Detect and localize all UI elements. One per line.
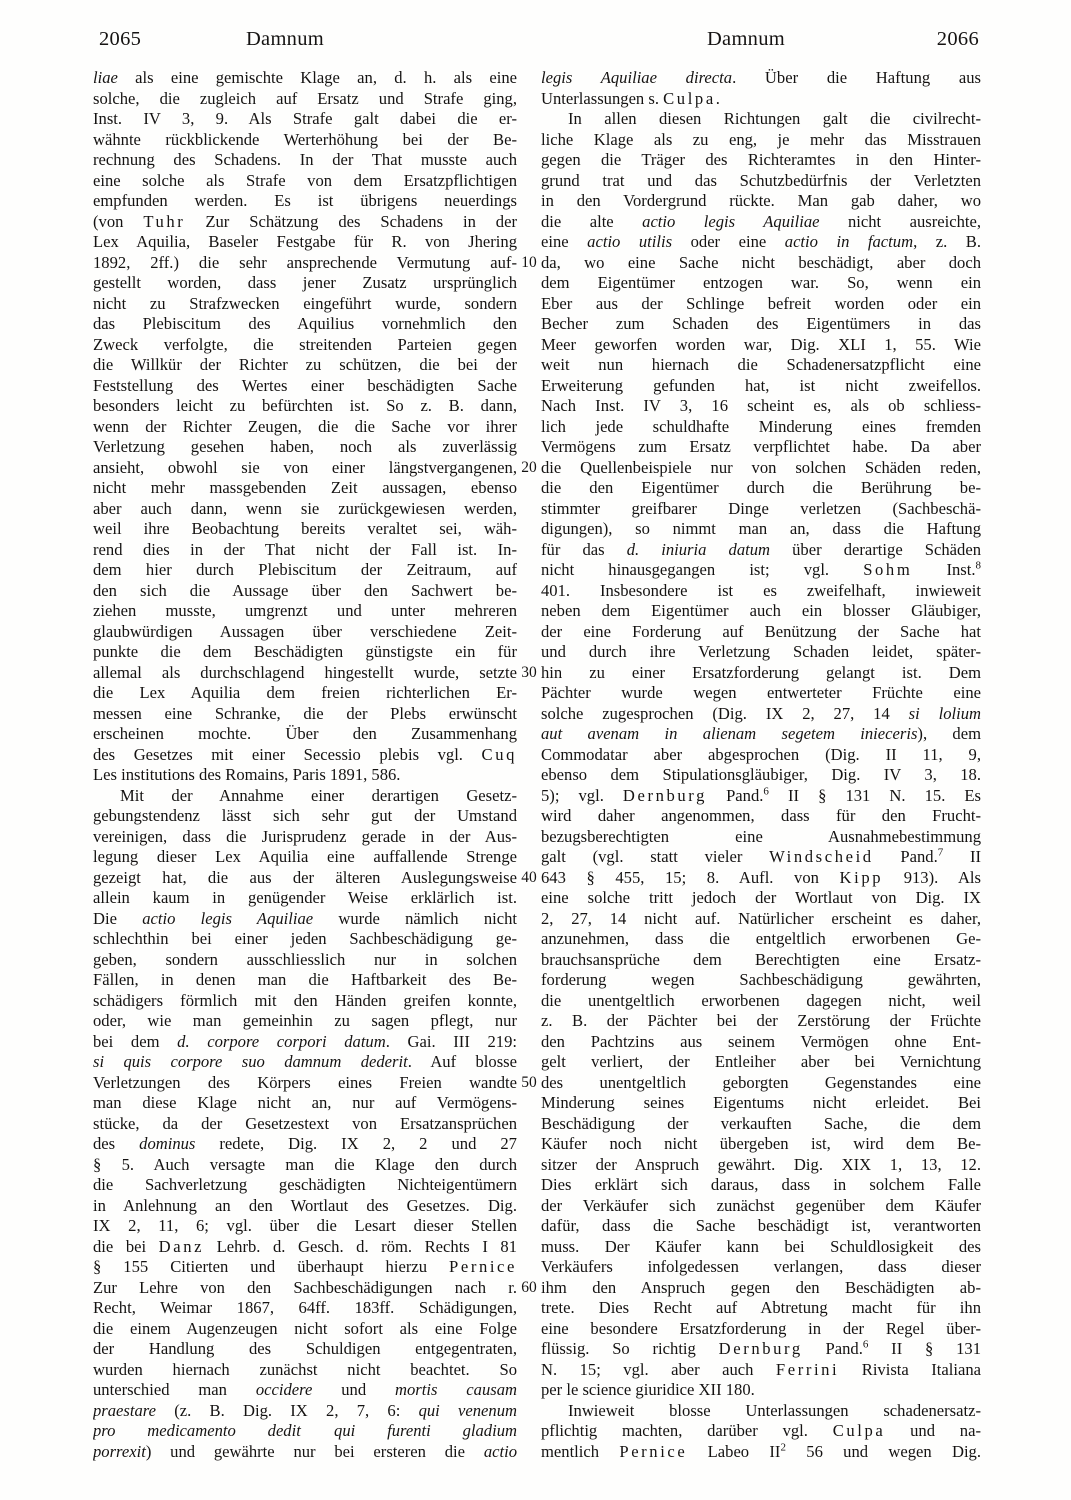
text-line: messen eine Schranke, die der Plebs erwü… bbox=[93, 704, 517, 725]
text-segment: 5); vgl. bbox=[541, 786, 623, 805]
text-segment: wird daher angenommen, dass für den Fruc… bbox=[541, 806, 981, 825]
text-segment: schlechthin bei einer jeden Sachbeschädi… bbox=[93, 929, 517, 948]
text-line: den Pachtzins aus seinem Vermögen ohne E… bbox=[541, 1032, 981, 1053]
text-segment: Becher zum Schaden des Eigentümers in da… bbox=[541, 314, 981, 333]
text-segment: dafür, dass die Sache beschädigt ist, ve… bbox=[541, 1216, 981, 1235]
text-line: Verletzung gesehen haben, noch als zuver… bbox=[93, 437, 517, 458]
text-line: Inwieweit blosse Unterlassungen schadene… bbox=[541, 1401, 981, 1422]
text-line: des unentgeltlich geborgten Gegenstandes… bbox=[541, 1073, 981, 1094]
text-segment: Erweiterung gefunden hat, ist nicht zwei… bbox=[541, 376, 981, 395]
text-segment: nicht zu Strafzwecken eingeführt wurde, … bbox=[93, 294, 517, 313]
italic-text: si quis corpore suo damnum dederit bbox=[93, 1052, 408, 1071]
text-line: lich jede schuldhafte Minderung eines fr… bbox=[541, 417, 981, 438]
text-line: Les institutions des Romains, Paris 1891… bbox=[93, 765, 517, 786]
text-line: hin zu einer Ersatzforderung gelangt ist… bbox=[541, 663, 981, 684]
text-segment: besonders leicht zu befürchten ist. So z… bbox=[93, 396, 517, 415]
text-line: Feststellung des Wertes einer beschädigt… bbox=[93, 376, 517, 397]
line-number-gutter: 102030405060 bbox=[517, 68, 541, 1462]
text-line: legis Aquiliae directa. Über die Haftung… bbox=[541, 68, 981, 89]
text-segment: Feststellung des Wertes einer beschädigt… bbox=[93, 376, 517, 395]
text-line: 5); vgl. Dernburg Pand.6 II § 131 N. 15.… bbox=[541, 786, 981, 807]
text-segment: weit nun hiernach die Schadenersatzpflic… bbox=[541, 355, 981, 374]
text-segment: rechnung des Schadens. In der That musst… bbox=[93, 150, 517, 169]
text-line: glaubwürdigen Aussagen über verschiedene… bbox=[93, 622, 517, 643]
text-line: ziehen musste, umgrenzt und unter mehrer… bbox=[93, 601, 517, 622]
text-line: Käufer noch nicht übergeben ist, wird de… bbox=[541, 1134, 981, 1155]
text-line: ansieht, obwohl sie von einer längstverg… bbox=[93, 458, 517, 479]
text-line: und durch ihre Verletzung Schaden leidet… bbox=[541, 642, 981, 663]
text-segment: nicht mehr massgebenden Zeit aussagen, e… bbox=[93, 478, 517, 497]
text-segment: der Handlung des Schuldigen entgegentrat… bbox=[93, 1339, 517, 1358]
text-line: den sich die Aussage über den Sachwert b… bbox=[93, 581, 517, 602]
text-line: die Willkür der Richter zu schützen, die… bbox=[93, 355, 517, 376]
text-segment: Zur Schätzung des Schadens in der bbox=[185, 212, 517, 231]
text-segment: die einem Augenzeugen nicht sofort als e… bbox=[93, 1319, 517, 1338]
spaced-name: Culpa bbox=[663, 89, 716, 108]
text-line: rend dies in der That nicht der Fall ist… bbox=[93, 540, 517, 561]
header-gutter bbox=[517, 28, 541, 64]
gutter-line-number: 40 bbox=[517, 868, 541, 889]
text-line: si quis corpore suo damnum dederit. Auf … bbox=[93, 1052, 517, 1073]
text-line: aut avenam in alienam segetem inieceris)… bbox=[541, 724, 981, 745]
text-line: dem Eigentümer entzogen war. So, wenn ei… bbox=[541, 273, 981, 294]
right-text-column: legis Aquiliae directa. Über die Haftung… bbox=[541, 68, 981, 1462]
text-line: pflichtig machten, darüber vgl. Culpa un… bbox=[541, 1421, 981, 1442]
italic-text: liae bbox=[93, 68, 118, 87]
text-line: wurden hiernach zunächst nicht beachtet.… bbox=[93, 1360, 517, 1381]
text-segment: Labeo II bbox=[687, 1442, 780, 1461]
text-line: neben dem Eigentümer auch ein blosser Gl… bbox=[541, 601, 981, 622]
text-line: liae als eine gemischte Klage an, d. h. … bbox=[93, 68, 517, 89]
text-segment: Käufer noch nicht übergeben ist, wird de… bbox=[541, 1134, 981, 1153]
text-line: stimmter greifbarer Dinge verletzen (Sac… bbox=[541, 499, 981, 520]
text-body: liae als eine gemischte Klage an, d. h. … bbox=[93, 68, 989, 1462]
text-line: in Anlehnung an den Wortlaut des Gesetze… bbox=[93, 1196, 517, 1217]
text-segment: glaubwürdigen Aussagen über verschiedene… bbox=[93, 622, 517, 641]
text-segment: , z. B. bbox=[913, 232, 981, 251]
text-segment: . Über die Haftung aus bbox=[732, 68, 981, 87]
text-segment: Eber aus der Schlinge befreit worden ode… bbox=[541, 294, 981, 313]
italic-text: pro medicamento dedit bbox=[93, 1421, 301, 1440]
text-line: Becher zum Schaden des Eigentümers in da… bbox=[541, 314, 981, 335]
text-line: eine solche tritt jedoch der Wortlaut vo… bbox=[541, 888, 981, 909]
text-segment: ), dem bbox=[917, 724, 981, 743]
spaced-name: Windscheid bbox=[769, 847, 874, 866]
text-segment: empfunden werden. Es ist übrigens neuerd… bbox=[93, 191, 517, 210]
text-segment: in den Vordergrund rückte. Man gab daher… bbox=[541, 191, 981, 210]
text-line: liche Klage als zu eng, je mehr das Miss… bbox=[541, 130, 981, 151]
text-line: brauchsansprüche dem Berechtigten eine E… bbox=[541, 950, 981, 971]
italic-text: d. iniuria datum bbox=[627, 540, 770, 559]
text-line: gestellt worden, dass jener Zusatz urspr… bbox=[93, 273, 517, 294]
text-segment: 401. Insbesondere ist es zweifelhaft, in… bbox=[541, 581, 981, 600]
text-line: besonders leicht zu befürchten ist. So z… bbox=[93, 396, 517, 417]
text-line: Nach Inst. IV 3, 16 scheint es, als ob s… bbox=[541, 396, 981, 417]
text-segment: punkte die dem Beschädigten günstigste e… bbox=[93, 642, 517, 661]
text-line: die bei Danz Lehrb. d. Gesch. d. röm. Re… bbox=[93, 1237, 517, 1258]
text-segment: und durch ihre Verletzung Schaden leidet… bbox=[541, 642, 981, 661]
text-line: Eber aus der Schlinge befreit worden ode… bbox=[541, 294, 981, 315]
text-line: per le science giuridice XII 180. bbox=[541, 1380, 981, 1401]
italic-text: praestare bbox=[93, 1401, 156, 1420]
text-segment: ) und gewährte nur bei ersteren die bbox=[146, 1442, 484, 1461]
text-segment: die Sachverletzung geschädigten Nichteig… bbox=[93, 1175, 517, 1194]
text-segment: Zur Lehre von den Sachbeschädigungen nac… bbox=[93, 1278, 517, 1297]
text-line: In allen diesen Richtungen galt die civi… bbox=[541, 109, 981, 130]
text-line: anzunehmen, dass die entgeltlich erworbe… bbox=[541, 929, 981, 950]
text-segment: stücke, da der Gesetzestext von Ersatzan… bbox=[93, 1114, 517, 1133]
italic-text: actio legis Aquiliae bbox=[642, 212, 819, 231]
text-segment: weil ihre Beobachtung bereits veraltet s… bbox=[93, 519, 517, 538]
gutter-line-number: 50 bbox=[517, 1073, 541, 1094]
text-line: des Gesetzes mit einer Secessio plebis v… bbox=[93, 745, 517, 766]
text-segment: und bbox=[312, 1380, 395, 1399]
text-segment: Verletzung gesehen haben, noch als zuver… bbox=[93, 437, 517, 456]
text-segment: die alte bbox=[541, 212, 642, 231]
text-segment: oder eine bbox=[672, 232, 785, 251]
text-line: Minderung seines Eigentums nicht erleide… bbox=[541, 1093, 981, 1114]
gutter-line-number: 10 bbox=[517, 253, 541, 274]
text-line: Verkäufers infolgedessen verlangen, dass… bbox=[541, 1257, 981, 1278]
text-line: Mit der Annahme einer derartigen Gesetz- bbox=[93, 786, 517, 807]
text-segment: wähnte rückblickende Werterhöhung bei de… bbox=[93, 130, 517, 149]
text-segment: N. 15; vgl. aber auch bbox=[541, 1360, 776, 1379]
text-line: z. B. der Pächter bei der Zerstörung der… bbox=[541, 1011, 981, 1032]
text-segment: . bbox=[716, 89, 720, 108]
text-line: der eine Forderung auf Benützung der Sac… bbox=[541, 622, 981, 643]
text-line: stücke, da der Gesetzestext von Ersatzan… bbox=[93, 1114, 517, 1135]
text-segment: unterschied man bbox=[93, 1380, 256, 1399]
text-line: eine actio utilis oder eine actio in fac… bbox=[541, 232, 981, 253]
text-line: wähnte rückblickende Werterhöhung bei de… bbox=[93, 130, 517, 151]
text-line: schlechthin bei einer jeden Sachbeschädi… bbox=[93, 929, 517, 950]
text-segment: § 5. Auch versagte man die Klage den dur… bbox=[93, 1155, 517, 1174]
text-line: Lex Aquilia, Baseler Festgabe für R. von… bbox=[93, 232, 517, 253]
text-line: mentlich Pernice Labeo II2 56 und wegen … bbox=[541, 1442, 981, 1463]
spaced-name: Tuhr bbox=[143, 212, 185, 231]
text-segment: Zweck verfolgte, die streitenden Parteie… bbox=[93, 335, 517, 354]
text-segment: Fällen, in denen man die Haftbarkeit des… bbox=[93, 970, 517, 989]
text-segment: forderung wegen Sachbeschädigung gewährt… bbox=[541, 970, 981, 989]
text-line: 1892, 2ff.) die sehr ansprechende Vermut… bbox=[93, 253, 517, 274]
italic-text: actio bbox=[484, 1442, 517, 1461]
text-segment: gelt verliert, der Entleiher aber bei Ve… bbox=[541, 1052, 981, 1071]
text-segment: Lehrb. d. Gesch. d. röm. Rechts I 81 bbox=[204, 1237, 517, 1256]
text-segment: bei dem bbox=[93, 1032, 177, 1051]
text-segment: in Anlehnung an den Wortlaut des Gesetze… bbox=[93, 1196, 517, 1215]
text-segment: die Quellenbeispiele nur von solchen Sch… bbox=[541, 458, 981, 477]
text-segment: dem hier durch Plebiscitum der Zeitraum,… bbox=[93, 560, 517, 579]
text-segment: (von bbox=[93, 212, 143, 231]
text-segment: man diese Klage nicht an, nur auf Vermög… bbox=[93, 1093, 517, 1112]
text-segment: In allen diesen Richtungen galt die civi… bbox=[568, 109, 981, 128]
text-line: die Sachverletzung geschädigten Nichteig… bbox=[93, 1175, 517, 1196]
text-segment: ihm den Anspruch gegen den Beschädigten … bbox=[541, 1278, 981, 1297]
spaced-name: Dernburg bbox=[623, 786, 707, 805]
text-segment: Les institutions des Romains, Paris 1891… bbox=[93, 765, 400, 784]
text-segment: 2, 27, 14 nicht auf. Natürlicher erschei… bbox=[541, 909, 981, 928]
text-segment: solche, die zugleich auf Ersatz und Stra… bbox=[93, 89, 517, 108]
text-segment: IX 2, 11, 6; vgl. über die Lesart dieser… bbox=[93, 1216, 517, 1235]
text-segment: anzunehmen, dass die entgeltlich erworbe… bbox=[541, 929, 981, 948]
text-line: die einem Augenzeugen nicht sofort als e… bbox=[93, 1319, 517, 1340]
text-segment: 913). Als bbox=[883, 868, 981, 887]
text-line: man diese Klage nicht an, nur auf Vermög… bbox=[93, 1093, 517, 1114]
text-line: wird daher angenommen, dass für den Fruc… bbox=[541, 806, 981, 827]
text-line: weil ihre Beobachtung bereits veraltet s… bbox=[93, 519, 517, 540]
header-left-half: 2065 Damnum bbox=[93, 28, 517, 64]
text-segment: eine bbox=[541, 232, 587, 251]
text-line: Zur Lehre von den Sachbeschädigungen nac… bbox=[93, 1278, 517, 1299]
text-segment: mentlich bbox=[541, 1442, 619, 1461]
text-segment: rend dies in der That nicht der Fall ist… bbox=[93, 540, 517, 559]
text-line: nicht hinausgegangen ist; vgl. Sohm Inst… bbox=[541, 560, 981, 581]
italic-text: actio legis Aquiliae bbox=[142, 909, 313, 928]
italic-text: occidere bbox=[256, 1380, 313, 1399]
text-line: Verletzungen des Körpers eines Freien wa… bbox=[93, 1073, 517, 1094]
italic-text: actio in factum bbox=[785, 232, 913, 251]
text-line: die Lex Aquilia dem freien richterlichen… bbox=[93, 683, 517, 704]
text-segment: pflichtig machten, darüber vgl. bbox=[541, 1421, 833, 1440]
page-number-right: 2066 bbox=[937, 28, 979, 51]
text-segment: allemal als durchschlagend hingestellt w… bbox=[93, 663, 517, 682]
text-segment: wenn der Richter Zeugen, die die Sache v… bbox=[93, 417, 517, 436]
text-line: Inst. IV 3, 9. Als Strafe galt dabei die… bbox=[93, 109, 517, 130]
text-line: Vermögens zum Ersatz verpflichtet habe. … bbox=[541, 437, 981, 458]
italic-text: dominus bbox=[139, 1134, 195, 1153]
text-segment: per le science giuridice XII 180. bbox=[541, 1380, 755, 1399]
text-line: geben, sondern ausschliesslich nur in so… bbox=[93, 950, 517, 971]
scanned-encyclopedia-page: 2065 Damnum Damnum 2066 liae als eine ge… bbox=[0, 0, 1071, 1500]
text-line: Zweck verfolgte, die streitenden Parteie… bbox=[93, 335, 517, 356]
text-line: 2, 27, 14 nicht auf. Natürlicher erschei… bbox=[541, 909, 981, 930]
text-line: gelt verliert, der Entleiher aber bei Ve… bbox=[541, 1052, 981, 1073]
text-line: Unterlassungen s. Culpa. bbox=[541, 89, 981, 110]
text-segment: gebungstendenz lässt sich sehr gut der U… bbox=[93, 806, 517, 825]
text-segment: sitzer der Anspruch gewährt. Dig. XIX 1,… bbox=[541, 1155, 981, 1174]
text-line: § 5. Auch versagte man die Klage den dur… bbox=[93, 1155, 517, 1176]
text-segment: II bbox=[943, 847, 981, 866]
text-segment: Commodatar aber abgesprochen (Dig. II 11… bbox=[541, 745, 981, 764]
text-segment: Minderung seines Eigentums nicht erleide… bbox=[541, 1093, 981, 1112]
text-line: punkte die dem Beschädigten günstigste e… bbox=[93, 642, 517, 663]
text-segment: geben, sondern ausschliesslich nur in so… bbox=[93, 950, 517, 969]
column-title-right: Damnum bbox=[641, 28, 851, 51]
text-segment: des unentgeltlich geborgten Gegenstandes… bbox=[541, 1073, 981, 1092]
text-segment: stimmter greifbarer Dinge verletzen (Sac… bbox=[541, 499, 981, 518]
text-line: nicht mehr massgebenden Zeit aussagen, e… bbox=[93, 478, 517, 499]
spaced-name: Ferrini bbox=[776, 1360, 839, 1379]
text-line: dafür, dass die Sache beschädigt ist, ve… bbox=[541, 1216, 981, 1237]
text-segment: solche zugesprochen (Dig. IX 2, 27, 14 bbox=[541, 704, 909, 723]
text-segment: Pand. bbox=[707, 786, 763, 805]
text-segment: trete. Dies Recht auf Abtretung macht fü… bbox=[541, 1298, 981, 1317]
text-line: (von Tuhr Zur Schätzung des Schadens in … bbox=[93, 212, 517, 233]
text-segment: Inst. IV 3, 9. Als Strafe galt dabei die… bbox=[93, 109, 517, 128]
text-segment: Die bbox=[93, 909, 142, 928]
spaced-name: Culpa bbox=[833, 1421, 886, 1440]
text-segment: (z. B. Dig. IX 2, 7, 6: bbox=[156, 1401, 419, 1420]
text-line: sitzer der Anspruch gewährt. Dig. XIX 1,… bbox=[541, 1155, 981, 1176]
spaced-name: Cuq bbox=[482, 745, 517, 764]
text-segment: Mit der Annahme einer derartigen Gesetz- bbox=[120, 786, 517, 805]
text-segment: gestellt worden, dass jener Zusatz urspr… bbox=[93, 273, 517, 292]
text-line: porrexit) und gewährte nur bei ersteren … bbox=[93, 1442, 517, 1463]
text-segment: neben dem Eigentümer auch ein blosser Gl… bbox=[541, 601, 981, 620]
text-segment: Pand. bbox=[803, 1339, 863, 1358]
text-line: erscheinen mochte. Über den Zusammenhang bbox=[93, 724, 517, 745]
text-line: ihm den Anspruch gegen den Beschädigten … bbox=[541, 1278, 981, 1299]
text-segment: die bei bbox=[93, 1237, 159, 1256]
gutter-line-number: 30 bbox=[517, 663, 541, 684]
text-segment: hin zu einer Ersatzforderung gelangt ist… bbox=[541, 663, 981, 682]
text-segment: muss. Der Käufer kann bei Schuldlosigkei… bbox=[541, 1237, 981, 1256]
text-line: digungen), so nimmt man an, dass die Haf… bbox=[541, 519, 981, 540]
text-line: die den Eigentümer durch die Berührung b… bbox=[541, 478, 981, 499]
text-segment: aber auch dann, wenn sie zurückgewiesen … bbox=[93, 499, 517, 518]
text-line: Fällen, in denen man die Haftbarkeit des… bbox=[93, 970, 517, 991]
text-segment: nicht ausreichte, bbox=[820, 212, 982, 231]
text-line: 401. Insbesondere ist es zweifelhaft, in… bbox=[541, 581, 981, 602]
italic-text: legis Aquiliae directa bbox=[541, 68, 732, 87]
text-segment: der eine Forderung auf Benützung der Sac… bbox=[541, 622, 981, 641]
text-line: bei dem d. corpore corpori datum. Gai. I… bbox=[93, 1032, 517, 1053]
text-segment: lich jede schuldhafte Minderung eines fr… bbox=[541, 417, 981, 436]
text-line: IX 2, 11, 6; vgl. über die Lesart dieser… bbox=[93, 1216, 517, 1237]
text-line: Erweiterung gefunden hat, ist nicht zwei… bbox=[541, 376, 981, 397]
text-segment: II § 131 N. 15. Es bbox=[769, 786, 981, 805]
text-line: eine solche als Strafe von dem Ersatzpfl… bbox=[93, 171, 517, 192]
text-segment: Meer geworfen worden war, Dig. XLI 1, 55… bbox=[541, 335, 981, 354]
italic-text: qui venenum bbox=[419, 1401, 517, 1420]
text-line: muss. Der Käufer kann bei Schuldlosigkei… bbox=[541, 1237, 981, 1258]
text-segment: wurde nämlich nicht bbox=[313, 909, 517, 928]
text-segment: Inst. bbox=[912, 560, 975, 579]
text-segment: Pand. bbox=[874, 847, 938, 866]
text-segment: II § 131 bbox=[868, 1339, 981, 1358]
text-line: wenn der Richter Zeugen, die die Sache v… bbox=[93, 417, 517, 438]
text-segment: oder, wie man gemeinhin zu sagen pflegt,… bbox=[93, 1011, 517, 1030]
text-segment: Recht, Weimar 1867, 64ff. 183ff. Schädig… bbox=[93, 1298, 517, 1317]
text-segment: wurden hiernach zunächst nicht beachtet.… bbox=[93, 1360, 517, 1379]
page-header: 2065 Damnum Damnum 2066 bbox=[93, 28, 989, 64]
text-segment: 1892, 2ff.) die sehr ansprechende Vermut… bbox=[93, 253, 517, 272]
text-line: Meer geworfen worden war, Dig. XLI 1, 55… bbox=[541, 335, 981, 356]
gutter-line-number: 20 bbox=[517, 458, 541, 479]
italic-text: mortis causam bbox=[395, 1380, 517, 1399]
text-segment: den Pachtzins aus seinem Vermögen ohne E… bbox=[541, 1032, 981, 1051]
text-segment: Inwieweit blosse Unterlassungen schadene… bbox=[568, 1401, 981, 1420]
text-line: dem hier durch Plebiscitum der Zeitraum,… bbox=[93, 560, 517, 581]
text-segment: Rivista Italiana bbox=[839, 1360, 981, 1379]
text-line: pro medicamento dedit qui furenti gladiu… bbox=[93, 1421, 517, 1442]
text-segment: das Plebiscitum des Aquilius vornehmlich… bbox=[93, 314, 517, 333]
text-segment: für das bbox=[541, 540, 627, 559]
text-segment: ebenso dem Stipulationsgläubiger, Dig. I… bbox=[541, 765, 981, 784]
text-segment: die Lex Aquilia dem freien richterlichen… bbox=[93, 683, 517, 702]
text-line: die Quellenbeispiele nur von solchen Sch… bbox=[541, 458, 981, 479]
text-segment: gegen die Träger des Richteramtes in den… bbox=[541, 150, 981, 169]
text-line: bezugsberechtigten eine Ausnahmebestimmu… bbox=[541, 827, 981, 848]
text-segment: messen eine Schranke, die der Plebs erwü… bbox=[93, 704, 517, 723]
text-segment: die den Eigentümer durch die Berührung b… bbox=[541, 478, 981, 497]
page-number-left: 2065 bbox=[99, 28, 141, 51]
text-line: gegen die Träger des Richteramtes in den… bbox=[541, 150, 981, 171]
spaced-name: Pernice bbox=[619, 1442, 687, 1461]
text-line: allemal als durchschlagend hingestellt w… bbox=[93, 663, 517, 684]
text-line: unterschied man occidere und mortis caus… bbox=[93, 1380, 517, 1401]
text-line: vereinigen, dass die Jurisprudenz gerade… bbox=[93, 827, 517, 848]
text-segment: über derartige Schäden bbox=[770, 540, 981, 559]
gutter-line-number: 60 bbox=[517, 1278, 541, 1299]
text-line: solche zugesprochen (Dig. IX 2, 27, 14 s… bbox=[541, 704, 981, 725]
spaced-name: Dernburg bbox=[719, 1339, 803, 1358]
text-segment: Verletzungen des Körpers eines Freien wa… bbox=[93, 1073, 517, 1092]
text-line: empfunden werden. Es ist übrigens neuerd… bbox=[93, 191, 517, 212]
text-line: Dies erklärt sich daraus, dass in solche… bbox=[541, 1175, 981, 1196]
text-line: forderung wegen Sachbeschädigung gewährt… bbox=[541, 970, 981, 991]
text-segment: ziehen musste, umgrenzt und unter mehrer… bbox=[93, 601, 517, 620]
superscript: 8 bbox=[976, 560, 982, 571]
text-line: gezeigt hat, die aus der älteren Auslegu… bbox=[93, 868, 517, 889]
text-segment: redete, Dig. IX 2, 2 und 27 bbox=[195, 1134, 517, 1153]
text-segment: bezugsberechtigten eine Ausnahmebestimmu… bbox=[541, 827, 981, 846]
italic-text: qui furenti gladium bbox=[334, 1421, 517, 1440]
text-segment: Vermögens zum Ersatz verpflichtet habe. … bbox=[541, 437, 981, 456]
text-line: § 155 Citierten und überhaupt hierzu Per… bbox=[93, 1257, 517, 1278]
text-line: ebenso dem Stipulationsgläubiger, Dig. I… bbox=[541, 765, 981, 786]
text-segment: nicht hinausgegangen ist; vgl. bbox=[541, 560, 863, 579]
text-segment: brauchsansprüche dem Berechtigten eine E… bbox=[541, 950, 981, 969]
text-line: da, wo eine Sache nicht beschädigt, aber… bbox=[541, 253, 981, 274]
italic-text: si lolium bbox=[909, 704, 981, 723]
text-segment: da, wo eine Sache nicht beschädigt, aber… bbox=[541, 253, 981, 272]
text-line: eine besondere Ersatzforderung in der Re… bbox=[541, 1319, 981, 1340]
text-segment: schädigers förmlich mit den Händen greif… bbox=[93, 991, 517, 1010]
header-right-half: Damnum 2066 bbox=[541, 28, 981, 64]
text-segment: vereinigen, dass die Jurisprudenz gerade… bbox=[93, 827, 517, 846]
italic-text: porrexit bbox=[93, 1442, 146, 1461]
text-segment: und na- bbox=[885, 1421, 981, 1440]
text-segment: Nach Inst. IV 3, 16 scheint es, als ob s… bbox=[541, 396, 981, 415]
text-segment: . Gai. III 219: bbox=[386, 1032, 517, 1051]
text-segment: des bbox=[93, 1134, 139, 1153]
text-segment: Verkäufers infolgedessen verlangen, dass… bbox=[541, 1257, 981, 1276]
text-segment: gezeigt hat, die aus der älteren Auslegu… bbox=[93, 868, 517, 887]
text-line: legung dieser Lex Aquilia eine auffallen… bbox=[93, 847, 517, 868]
text-segment: 56 und wegen Dig. bbox=[786, 1442, 981, 1461]
text-segment: des Gesetzes mit einer Secessio plebis v… bbox=[93, 745, 482, 764]
text-line: des dominus redete, Dig. IX 2, 2 und 27 bbox=[93, 1134, 517, 1155]
text-segment: liche Klage als zu eng, je mehr das Miss… bbox=[541, 130, 981, 149]
text-segment: eine solche tritt jedoch der Wortlaut vo… bbox=[541, 888, 981, 907]
text-line: N. 15; vgl. aber auch Ferrini Rivista It… bbox=[541, 1360, 981, 1381]
text-segment: flüssig. So richtig bbox=[541, 1339, 719, 1358]
text-line: Commodatar aber abgesprochen (Dig. II 11… bbox=[541, 745, 981, 766]
italic-text: d. corpore corpori datum bbox=[177, 1032, 386, 1051]
text-segment: allein kaum in genügender Weise erklärli… bbox=[93, 888, 517, 907]
text-segment: Unterlassungen s. bbox=[541, 89, 663, 108]
text-line: der Handlung des Schuldigen entgegentrat… bbox=[93, 1339, 517, 1360]
text-segment: z. B. der Pächter bei der Zerstörung der… bbox=[541, 1011, 981, 1030]
text-line: Pächter wurde wegen entwerteter Früchte … bbox=[541, 683, 981, 704]
text-segment: legung dieser Lex Aquilia eine auffallen… bbox=[93, 847, 517, 866]
text-segment: § 155 Citierten und überhaupt hierzu bbox=[93, 1257, 449, 1276]
text-line: trete. Dies Recht auf Abtretung macht fü… bbox=[541, 1298, 981, 1319]
text-segment: Beschädigung der verkauften Sache, die d… bbox=[541, 1114, 981, 1133]
text-segment: Pächter wurde wegen entwerteter Früchte … bbox=[541, 683, 981, 702]
spaced-name: Sohm bbox=[863, 560, 912, 579]
